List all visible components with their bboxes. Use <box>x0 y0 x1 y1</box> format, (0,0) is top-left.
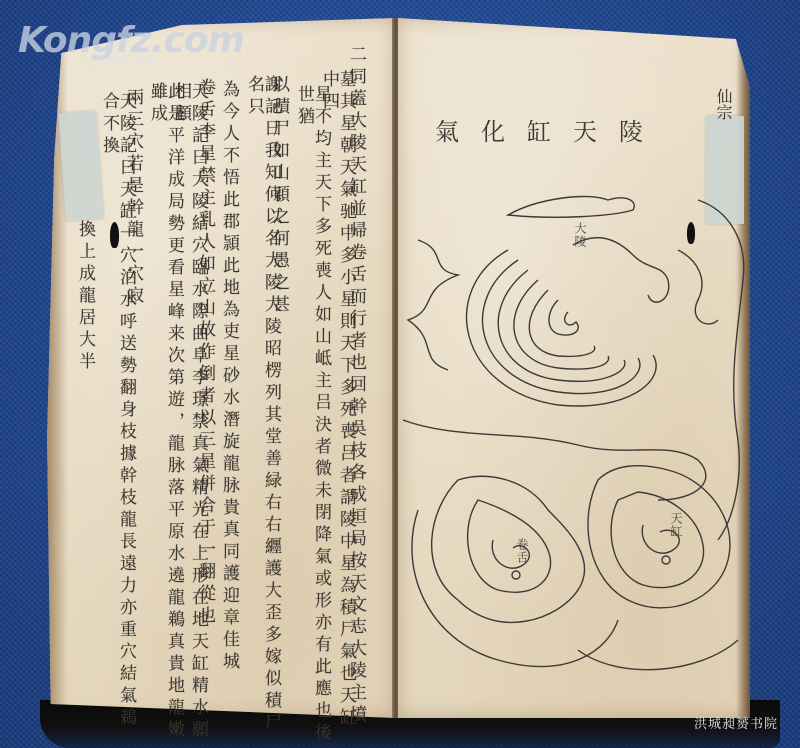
map-label-tiangang: 天缸 <box>668 512 685 538</box>
text-column-11: 天陵記曰天缸一穴泊水呼送勢翻身枝據幹枝龍長遠力亦重穴結氣鵜合不換 <box>100 92 134 748</box>
text-column-12: 換上成龍居大半 <box>76 220 93 374</box>
corner-label: 仙宗 <box>712 88 735 120</box>
text-column-9: 此是平洋成局勢更看星峰来次第遊，龍脉落平原水遶龍鵜真貴地龍嫩雖成 <box>148 82 182 748</box>
map-label-dalin: 大陵 <box>572 222 589 248</box>
map-label-juanshe: 卷舌 <box>514 538 531 564</box>
left-repair-patch <box>58 111 103 221</box>
terrain-contour-map <box>398 180 758 700</box>
text-column-3: 星不均主天下多死喪人如山岻主吕決者微未閉降氣或形亦有此應也後世猶 <box>295 85 329 748</box>
map-title: 氣化缸天陵 <box>435 112 665 147</box>
text-column-5: 謝記曰我知何以名大陵大陵昭楞列其堂善緑右右纒護大歪多嫁似積尸名只 <box>245 75 279 748</box>
text-column-6: 為今人不悟此郡頴此地為吏星砂水潛旋龍脉貴真同護迎章佳城 <box>220 80 237 674</box>
seller-watermark: 洪城昶赟书院 <box>694 713 778 732</box>
site-watermark-subtitle: 孔夫子旧书网 <box>80 52 152 69</box>
